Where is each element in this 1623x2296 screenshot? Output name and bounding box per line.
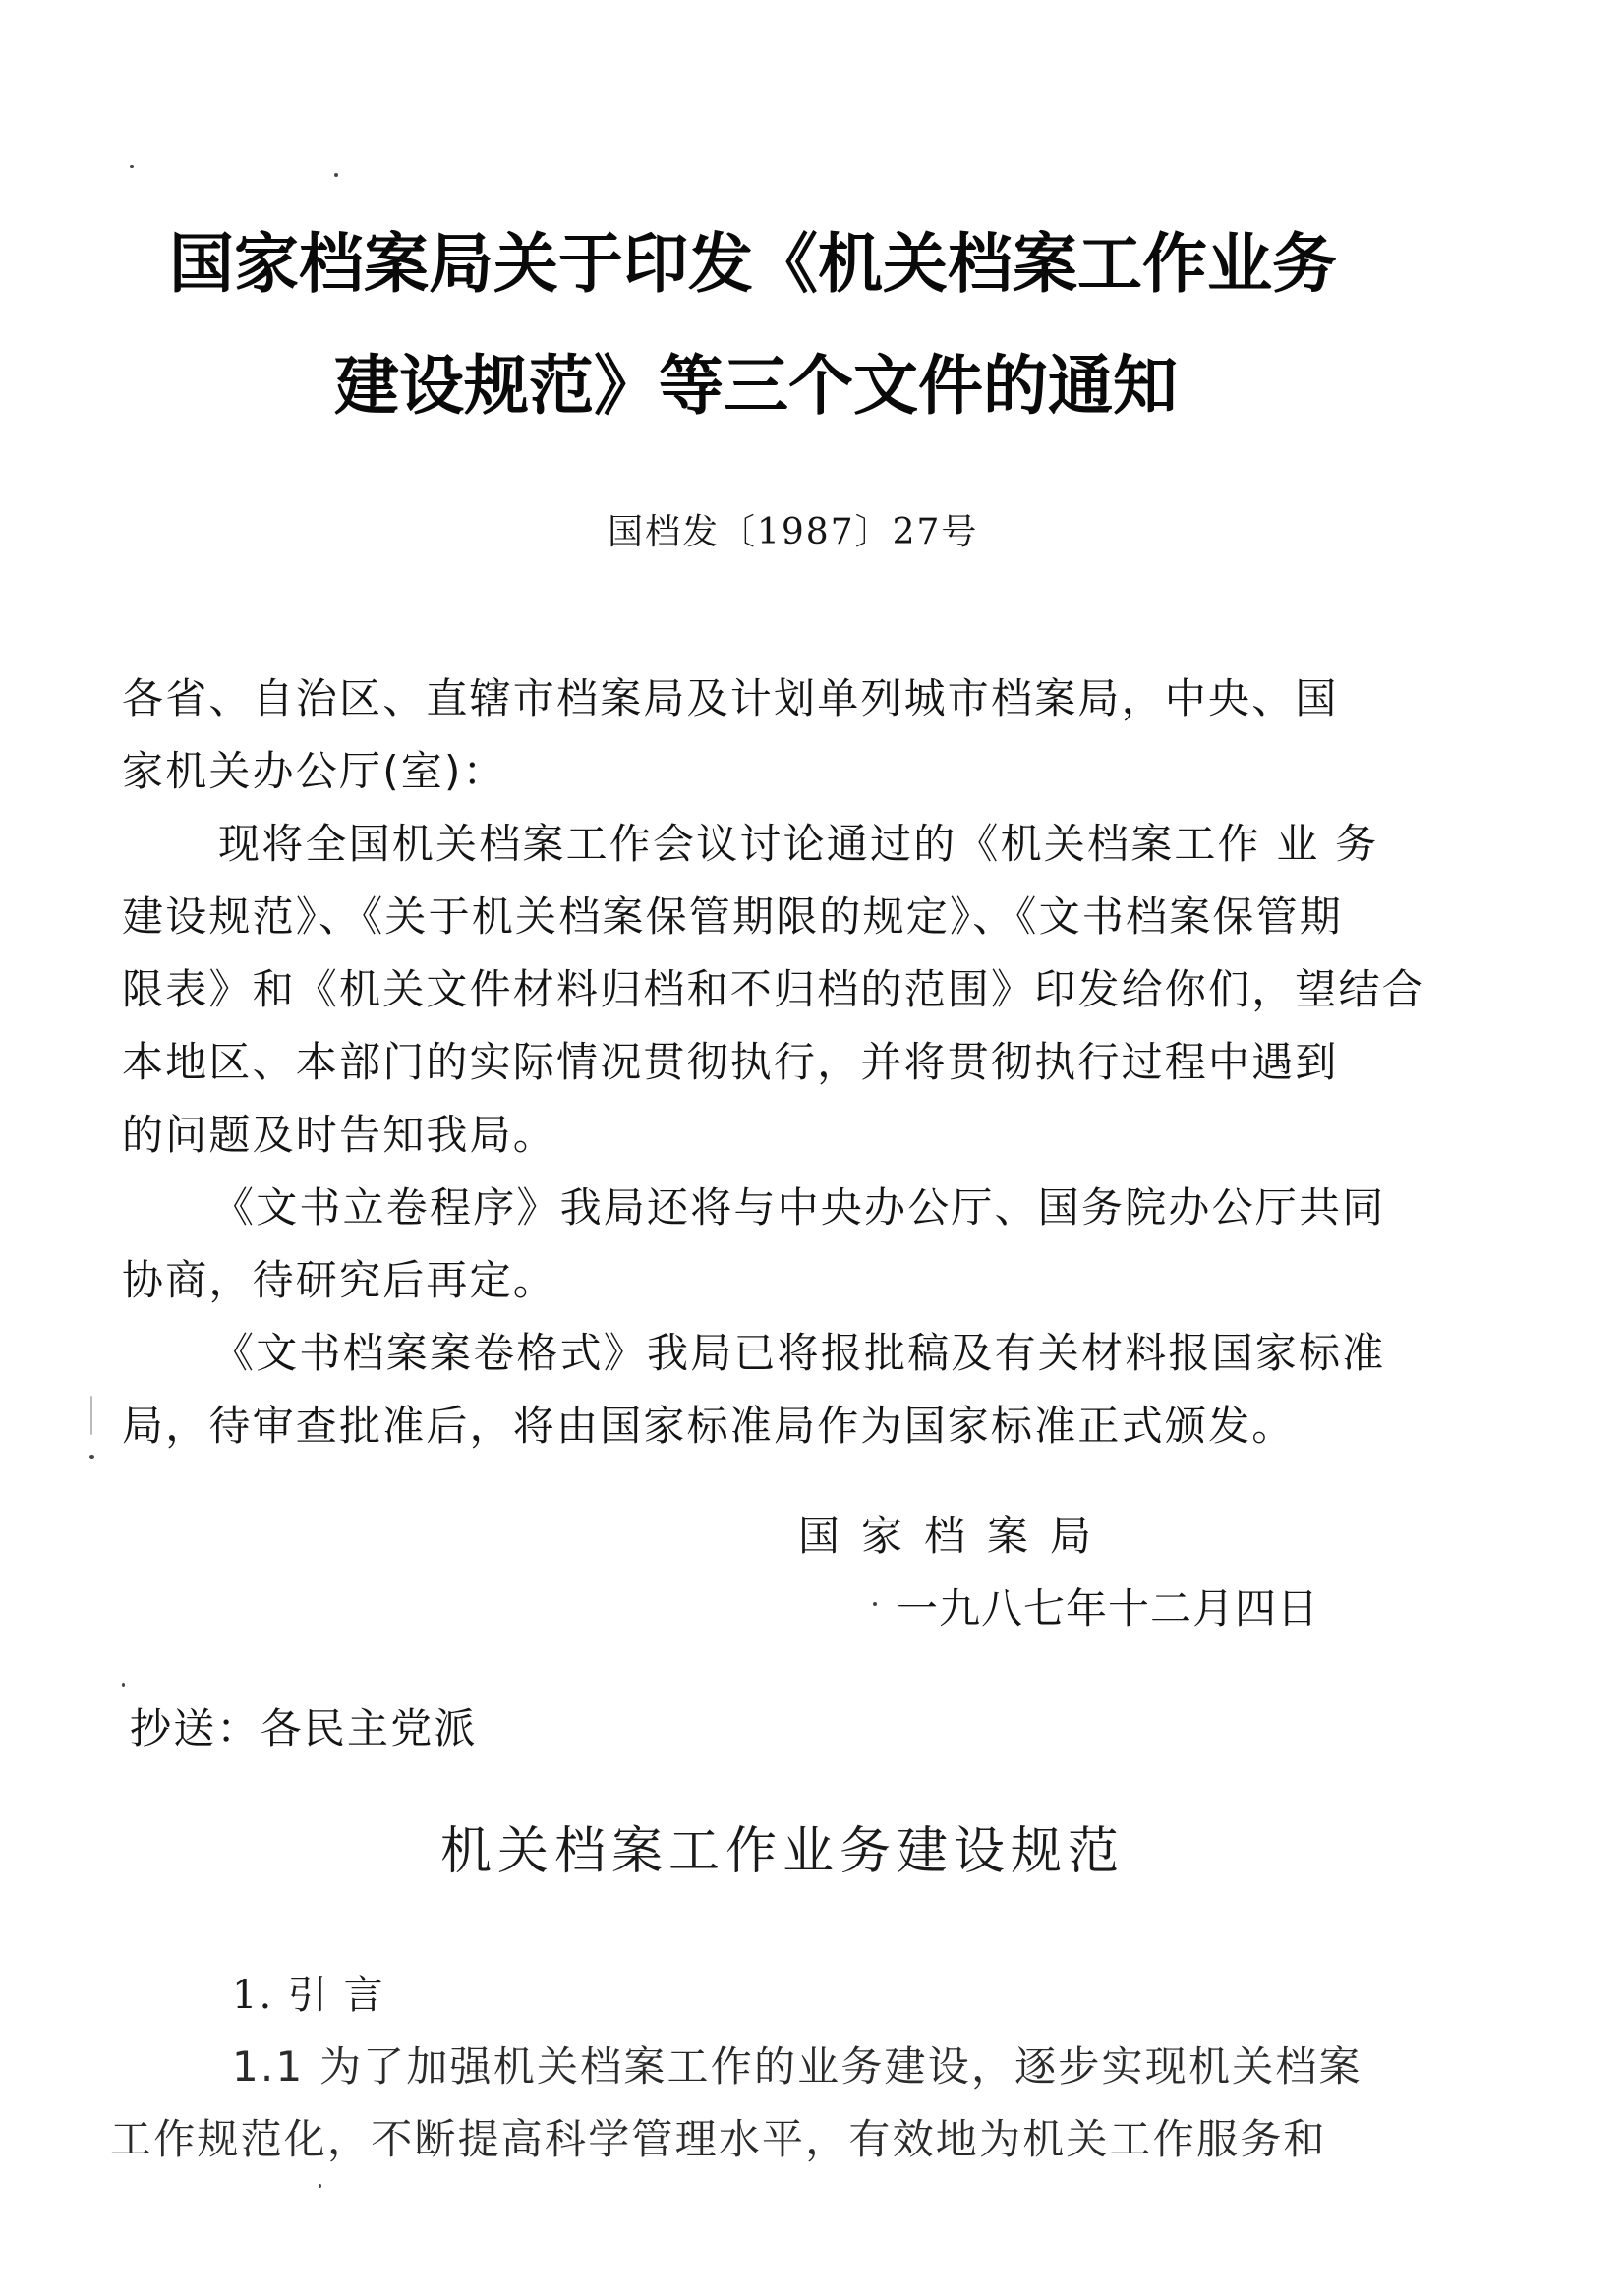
paragraph-3-line-2: 局，待审查批准后，将由国家标准局作为国家标准正式颁发。 [122, 1406, 1295, 1447]
attachment-paragraph-line-1: 1.1 为了加强机关档案工作的业务建设，逐步实现机关档案 [232, 2046, 1362, 2088]
scanned-document-page: 国家档案局关于印发《机关档案工作业务 建设规范》等三个文件的通知 国档发〔198… [0, 0, 1623, 2296]
scan-speck [122, 1683, 125, 1687]
attachment-title: 机关档案工作业务建设规范 [440, 1826, 1125, 1877]
paragraph-1-line-2: 建设规范》、《关于机关档案保管期限的规定》、《文书档案保管期 [122, 896, 1343, 938]
scan-speck [873, 1602, 877, 1606]
document-number: 国档发〔1987〕27号 [608, 515, 978, 550]
document-title-line-1: 国家档案局关于印发《机关档案工作业务 [169, 232, 1337, 297]
addressee-line-1: 各省、自治区、直辖市档案局及计划单列城市档案局，中央、国 [122, 678, 1339, 719]
paragraph-2-line-2: 协商，待研究后再定。 [122, 1260, 556, 1301]
scan-speck [89, 1455, 94, 1459]
scan-speck [90, 1396, 92, 1435]
scan-speck [319, 2184, 321, 2188]
paragraph-2-line-1: 《文书立卷程序》我局还将与中央办公厅、国务院办公厅共同 [212, 1187, 1385, 1229]
signature-issuer: 国家档案局 [798, 1516, 1113, 1557]
section-heading: 1. 引 言 [232, 1976, 385, 2015]
signature-date: 一九八七年十二月四日 [897, 1588, 1319, 1630]
scan-speck [130, 165, 134, 168]
paragraph-3-line-1: 《文书档案案卷格式》我局已将报批稿及有关材料报国家标准 [212, 1333, 1385, 1374]
paragraph-1-line-3: 限表》和《机关文件材料归档和不归档的范围》印发给你们，望结合 [122, 969, 1425, 1010]
paragraph-1-line-5: 的问题及时告知我局。 [122, 1115, 556, 1156]
paragraph-1-line-4: 本地区、本部门的实际情况贯彻执行，并将贯彻执行过程中遇到 [122, 1042, 1339, 1083]
scan-speck [334, 173, 338, 177]
addressee-line-2: 家机关办公厅(室)： [122, 751, 506, 792]
document-title-line-2: 建设规范》等三个文件的通知 [334, 354, 1178, 419]
cc-line: 抄送：各民主党派 [130, 1708, 478, 1750]
paragraph-1-line-1: 现将全国机关档案工作会议讨论通过的《机关档案工作 业 务 [218, 824, 1378, 865]
attachment-paragraph-line-2: 工作规范化，不断提高科学管理水平，有效地为机关工作服务和 [110, 2119, 1327, 2160]
